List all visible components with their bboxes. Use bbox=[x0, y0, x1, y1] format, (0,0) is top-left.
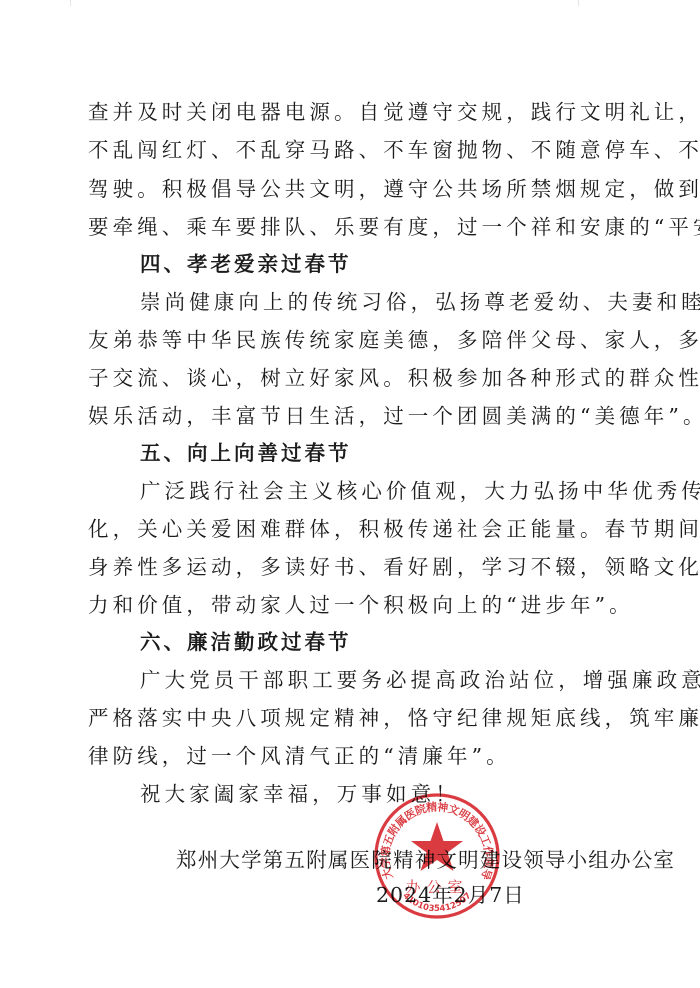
body-line: 友弟恭等中华民族传统家庭美德，多陪伴父母、家人，多和孩 bbox=[88, 325, 588, 355]
body-line: 娱乐活动，丰富节日生活，过一个团圆美满的“美德年”。 bbox=[88, 401, 588, 431]
scan-artifact bbox=[578, 0, 579, 6]
body-line: 查并及时关闭电器电源。自觉遵守交规，践行文明礼让，做到 bbox=[88, 97, 588, 127]
body-line: 力和价值，带动家人过一个积极向上的“进步年”。 bbox=[88, 590, 588, 620]
official-seal-icon: 郑州大学第五附属医院精神文明建设工作领导小组 办公室 4101035412507 bbox=[373, 792, 501, 920]
body-line: 律防线，过一个风清气正的“清廉年”。 bbox=[88, 741, 588, 771]
body-line: 化，关心关爱困难群体，积极传递社会正能量。春节期间，修 bbox=[88, 514, 588, 544]
body-line: 广大党员干部职工要务必提高政治站位，增强廉政意识， bbox=[140, 665, 590, 695]
section-heading-5: 五、向上向善过春节 bbox=[140, 438, 640, 468]
body-line: 严格落实中央八项规定精神，恪守纪律规矩底线，筑牢廉洁自 bbox=[88, 703, 588, 733]
body-line: 要牵绳、乘车要排队、乐要有度，过一个祥和安康的“平安年”。 bbox=[88, 212, 588, 242]
body-line: 身养性多运动，多读好书、看好剧，学习不辍，领略文化的魅 bbox=[88, 552, 588, 582]
closing-line: 祝大家阖家幸福，万事如意！ bbox=[140, 779, 590, 809]
seal-center-text: 办公室 bbox=[405, 878, 468, 896]
body-line: 崇尚健康向上的传统习俗，弘扬尊老爱幼、夫妻和睦、兄 bbox=[140, 287, 590, 317]
scan-artifact bbox=[70, 0, 71, 6]
section-heading-4: 四、孝老爱亲过春节 bbox=[140, 249, 640, 279]
body-line: 不乱闯红灯、不乱穿马路、不车窗抛物、不随意停车、不酒后 bbox=[88, 135, 588, 165]
document-page: 查并及时关闭电器电源。自觉遵守交规，践行文明礼让，做到 不乱闯红灯、不乱穿马路、… bbox=[0, 0, 700, 988]
body-line: 广泛践行社会主义核心价值观，大力弘扬中华优秀传统文 bbox=[140, 476, 590, 506]
section-heading-6: 六、廉洁勤政过春节 bbox=[140, 627, 640, 657]
body-line: 驾驶。积极倡导公共文明，遵守公共场所禁烟规定，做到遛狗 bbox=[88, 174, 588, 204]
body-line: 子交流、谈心，树立好家风。积极参加各种形式的群众性文体 bbox=[88, 363, 588, 393]
